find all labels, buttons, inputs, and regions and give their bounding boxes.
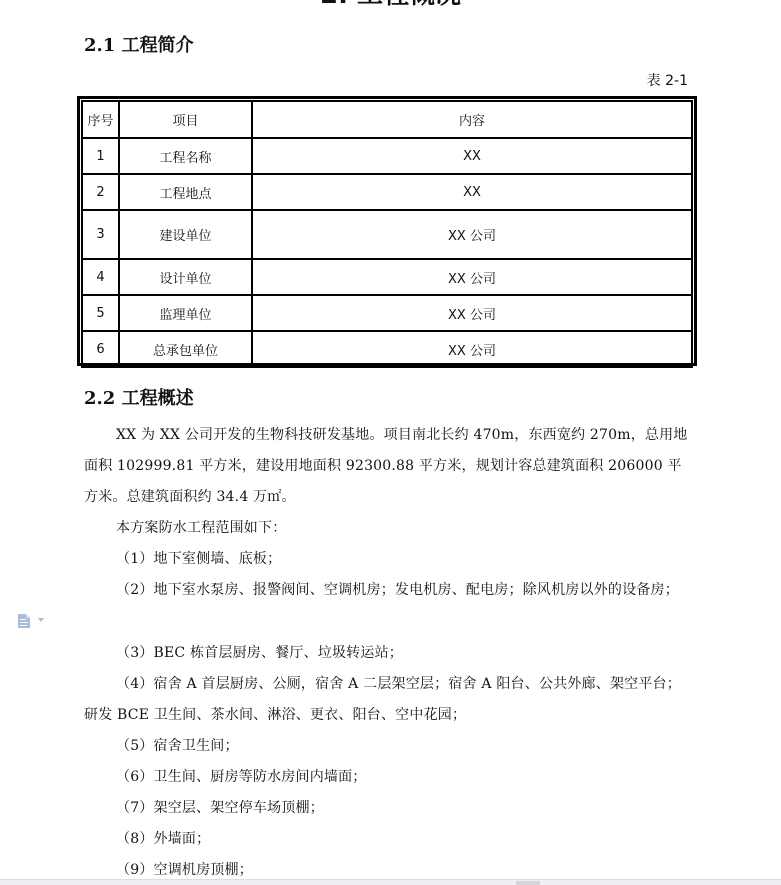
row-content: XX 公司 — [252, 331, 692, 367]
table-row: 5 监理单位 XX 公司 — [82, 295, 692, 331]
section-heading-2-1: 2.1 工程简介 — [84, 34, 194, 58]
header-cell: 项目 — [119, 101, 252, 138]
header-cell: 序号 — [82, 101, 119, 138]
row-content: XX 公司 — [252, 259, 692, 295]
table-row: 4 设计单位 XX 公司 — [82, 259, 692, 295]
overview-paragraph: XX 为 XX 公司开发的生物科技研发基地。项目南北长约 470m，东西宽约 2… — [84, 420, 694, 513]
row-content: XX — [252, 174, 692, 210]
table-row: 6 总承包单位 XX 公司 — [82, 331, 692, 367]
scope-item: （6）卫生间、厨房等防水房间内墙面； — [84, 762, 694, 793]
row-item: 设计单位 — [119, 259, 252, 295]
scope-item: （4）宿舍 A 首层厨房、公厕，宿舍 A 二层架空层；宿舍 A 阳台、公共外廊、… — [84, 669, 694, 731]
scope-item: （9）空调机房顶棚； — [84, 855, 694, 878]
document-icon[interactable] — [18, 613, 30, 627]
row-index: 5 — [82, 295, 119, 331]
scope-item: （5）宿舍卫生间； — [84, 731, 694, 762]
table-row: 3 建设单位 XX 公司 — [82, 210, 692, 259]
row-content: XX 公司 — [252, 295, 692, 331]
row-index: 3 — [82, 210, 119, 259]
table-row: 1 工程名称 XX — [82, 138, 692, 174]
section-heading-2-2: 2.2 工程概述 — [84, 387, 194, 411]
caret-down-icon[interactable] — [38, 618, 44, 622]
row-index: 6 — [82, 331, 119, 367]
table-caption: 表 2-1 — [620, 71, 688, 91]
scrollbar-thumb[interactable] — [516, 881, 540, 885]
row-index: 4 — [82, 259, 119, 295]
row-item: 总承包单位 — [119, 331, 252, 367]
scope-item: （7）架空层、架空停车场顶棚； — [84, 793, 694, 824]
project-info-table: 序号 项目 内容 1 工程名称 XX 2 工程地点 XX 3 建设单位 XX 公… — [77, 96, 697, 366]
header-cell: 内容 — [252, 101, 692, 138]
row-index: 2 — [82, 174, 119, 210]
scope-item: （2）地下室水泵房、报警阀间、空调机房；发电机房、配电房；除风机房以外的设备房； — [84, 575, 694, 606]
scope-item: （1）地下室侧墙、底板； — [84, 544, 694, 575]
row-index: 1 — [82, 138, 119, 174]
row-item: 监理单位 — [119, 295, 252, 331]
table-header-row: 序号 项目 内容 — [82, 101, 692, 138]
row-item: 建设单位 — [119, 210, 252, 259]
row-item: 工程名称 — [119, 138, 252, 174]
scope-item: （3）BEC 栋首层厨房、餐厅、垃圾转运站； — [84, 638, 694, 669]
scope-item: （8）外墙面； — [84, 824, 694, 855]
scope-intro: 本方案防水工程范围如下： — [84, 513, 694, 544]
table-row: 2 工程地点 XX — [82, 174, 692, 210]
row-content: XX 公司 — [252, 210, 692, 259]
chapter-title: 2. 工程概况 — [0, 0, 781, 10]
horizontal-scrollbar[interactable] — [0, 879, 781, 885]
row-item: 工程地点 — [119, 174, 252, 210]
row-content: XX — [252, 138, 692, 174]
document-page: 2. 工程概况 2.1 工程简介 表 2-1 序号 项目 内容 1 工程名称 X… — [0, 0, 781, 878]
